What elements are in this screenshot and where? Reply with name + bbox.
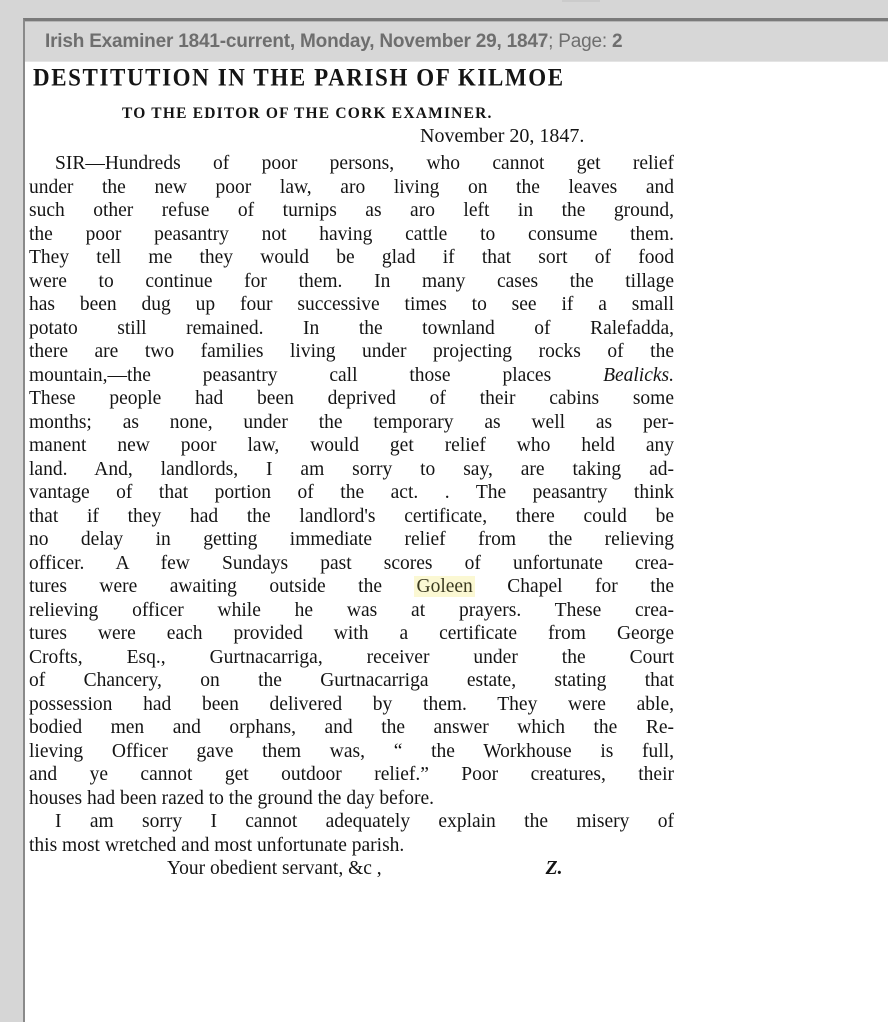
text-segment: tures were awaiting outside the	[29, 576, 382, 597]
signature: Z.	[546, 857, 563, 881]
text-line: has been dug up four successive times to…	[29, 293, 674, 317]
text-line: there are two families living under proj…	[29, 340, 674, 364]
text-line: this most wretched and most unfortunate …	[29, 834, 674, 858]
text-line: and ye cannot get outdoor relief.” Poor …	[29, 763, 674, 787]
text-line: I am sorry I cannot adequately explain t…	[29, 810, 674, 834]
text-line: bodied men and orphans, and the answer w…	[29, 716, 674, 740]
text-line: the poor peasantry not having cattle to …	[29, 223, 674, 247]
text-line: relieving officer while he was at prayer…	[29, 599, 674, 623]
signoff-line: Your obedient servant, &c ,Z.	[29, 857, 674, 881]
article-headline: DESTITUTION IN THE PARISH OF KILMOE	[33, 64, 565, 92]
text-line: mountain,—the peasantry call those place…	[29, 364, 674, 388]
text-line: They tell me they would be glad if that …	[29, 246, 674, 270]
text-segment: mountain,—the peasantry call those place…	[29, 365, 551, 386]
text-line: tures were awaiting outside the Goleen C…	[29, 575, 674, 599]
top-tab-handle	[562, 0, 600, 2]
citation-text: Irish Examiner 1841-current, Monday, Nov…	[45, 31, 622, 53]
text-line: manent new poor law, would get relief wh…	[29, 434, 674, 458]
text-segment: Chapel for the	[507, 576, 674, 597]
text-line: lieving Officer gave them was, “ the Wor…	[29, 740, 674, 764]
text-line: potato still remained. In the townland o…	[29, 317, 674, 341]
article-dateline: November 20, 1847.	[420, 125, 584, 148]
publication-title: Irish Examiner 1841-current, Monday, Nov…	[45, 31, 548, 52]
text-line: possession had been delivered by them. T…	[29, 693, 674, 717]
text-line: vantage of that portion of the act. . Th…	[29, 481, 674, 505]
text-line: officer. A few Sundays past scores of un…	[29, 552, 674, 576]
text-line: SIR—Hundreds of poor persons, who cannot…	[29, 152, 674, 176]
text-line: no delay in getting immediate relief fro…	[29, 528, 674, 552]
search-hit-highlight[interactable]: Goleen	[414, 576, 474, 597]
window-top-strip	[0, 0, 888, 18]
italic-term: Bealicks.	[603, 365, 674, 386]
signoff-text: Your obedient servant, &c ,	[167, 858, 382, 879]
citation-bar: Irish Examiner 1841-current, Monday, Nov…	[25, 22, 888, 62]
text-line: tures were each provided with a certific…	[29, 622, 674, 646]
text-line: such other refuse of turnips as aro left…	[29, 199, 674, 223]
text-line: under the new poor law, aro living on th…	[29, 176, 674, 200]
text-line: that if they had the landlord's certific…	[29, 505, 674, 529]
article-body: SIR—Hundreds of poor persons, who cannot…	[29, 152, 674, 881]
text-line: houses had been razed to the ground the …	[29, 787, 674, 811]
clipping-viewer: Irish Examiner 1841-current, Monday, Nov…	[23, 18, 888, 1022]
text-line: land. And, landlords, I am sorry to say,…	[29, 458, 674, 482]
text-line: of Chancery, on the Gurtnacarriga estate…	[29, 669, 674, 693]
article-subhead: TO THE EDITOR OF THE CORK EXAMINER.	[122, 105, 493, 123]
text-line: Crofts, Esq., Gurtnacarriga, receiver un…	[29, 646, 674, 670]
page-separator: ; Page:	[548, 31, 612, 52]
text-line: were to continue for them. In many cases…	[29, 270, 674, 294]
page-number: 2	[612, 31, 622, 52]
text-line: These people had been deprived of their …	[29, 387, 674, 411]
text-line: months; as none, under the temporary as …	[29, 411, 674, 435]
